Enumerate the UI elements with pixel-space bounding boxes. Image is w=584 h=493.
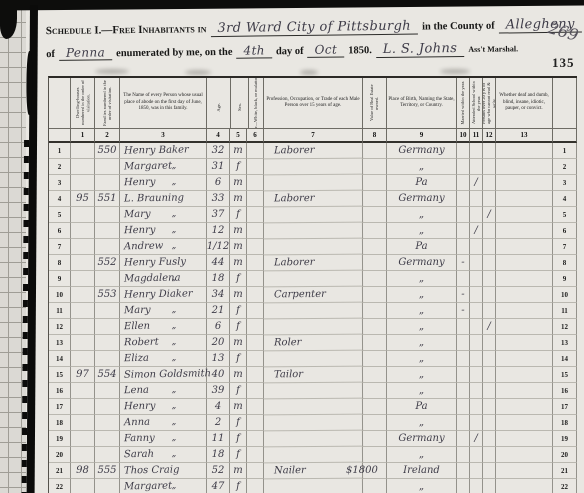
colnum-12: 12 (483, 129, 496, 143)
enumerated-label: enumerated by me, on the (116, 47, 233, 59)
header-school: Attended School within the year. (470, 78, 483, 129)
cell-married (457, 319, 470, 335)
cell-remarks (496, 447, 553, 463)
cell-remarks (496, 415, 553, 431)
row-number-right: 3 (553, 175, 577, 191)
cell-family (95, 431, 120, 447)
page-number: 135 (552, 55, 575, 71)
colnum-8: 8 (363, 129, 387, 143)
cell-remarks (496, 479, 553, 493)
cell-name: Henry Diaker (120, 287, 207, 303)
cell-married: - (457, 287, 470, 303)
name-text: Lena (124, 385, 149, 396)
name-text: Fanny (124, 433, 155, 445)
county-label: in the County of (422, 21, 495, 33)
cell-school (470, 271, 483, 287)
cell-illiterate (483, 351, 496, 367)
row-number-left: 19 (49, 431, 71, 447)
row-number-right: 11 (553, 303, 577, 319)
cell-school (470, 415, 483, 431)
name-text: Eliza (124, 353, 149, 364)
cell-remarks (496, 191, 553, 207)
cell-dwelling (71, 143, 95, 159)
cell-sex: m (230, 175, 247, 191)
cell-illiterate (483, 447, 496, 463)
cell-value (363, 415, 387, 431)
cell-sex: f (230, 447, 247, 463)
cell-illiterate (483, 383, 496, 399)
cell-illiterate (483, 479, 496, 493)
state-entry: Penna (59, 46, 112, 61)
cell-married (457, 447, 470, 463)
cell-occupation: Roler (264, 335, 363, 352)
row-number-left: 7 (49, 239, 71, 255)
row-number-left: 11 (49, 303, 71, 319)
row-number-left: 6 (49, 223, 71, 239)
cell-family (95, 271, 120, 287)
cell-age: 31 (207, 159, 230, 175)
cell-occupation (264, 239, 363, 256)
row-number-left: 9 (49, 271, 71, 287)
cell-illiterate (483, 399, 496, 415)
marshal-signature: L. S. Johns (376, 42, 465, 58)
cell-color (247, 351, 264, 367)
cell-married (457, 351, 470, 367)
cell-school (470, 303, 483, 319)
cell-birthplace: „ (387, 383, 457, 399)
cell-married (457, 367, 470, 383)
ditto-mark: „ (172, 481, 177, 491)
cell-illiterate (483, 271, 496, 287)
colnum-2: 2 (95, 129, 120, 143)
colnum-9: 9 (387, 129, 457, 143)
cell-married (457, 399, 470, 415)
cell-married (457, 143, 470, 159)
cell-dwelling (71, 351, 95, 367)
cell-married (457, 191, 470, 207)
row-number-left: 21 (49, 463, 71, 479)
cell-family (95, 383, 120, 399)
cell-remarks (496, 463, 553, 479)
cell-occupation (264, 303, 363, 320)
cell-illiterate (483, 223, 496, 239)
cell-dwelling (71, 207, 95, 223)
header-line-2: of Penna enumerated by me, on the 4th da… (46, 41, 552, 62)
cell-sex: f (230, 271, 247, 287)
cell-married (457, 239, 470, 255)
cell-family (95, 159, 120, 175)
cell-name: Magdalena„ (120, 271, 207, 287)
row-number-right: 18 (553, 415, 577, 431)
cell-name: L. Brauning (120, 191, 207, 207)
header-age: Age. (207, 78, 231, 129)
scan-smudge (185, 70, 211, 75)
cell-name: Lena„ (120, 383, 207, 399)
cell-occupation (264, 319, 363, 336)
cell-illiterate (483, 367, 496, 383)
cell-age: 12 (207, 223, 230, 239)
cell-color (247, 431, 264, 447)
header-birthplace: Place of Birth, Naming the State, Territ… (387, 78, 457, 129)
cell-remarks (496, 431, 553, 447)
cell-family: 555 (95, 463, 120, 479)
cell-value (363, 207, 387, 223)
row-number-left: 3 (49, 175, 71, 191)
cell-color (247, 271, 264, 287)
cell-illiterate (483, 239, 496, 255)
cell-sex: m (230, 335, 247, 351)
cell-sex: m (230, 239, 247, 255)
cell-sex: m (230, 287, 247, 303)
scan-smudge (95, 69, 129, 74)
cell-value: $1800 (363, 463, 387, 479)
name-text: Andrew (124, 241, 164, 253)
header-right-line-col (553, 78, 577, 129)
of-label: of (46, 49, 55, 60)
cell-family (95, 223, 120, 239)
header-real-estate: Value of Real Estate owned. (363, 78, 387, 129)
cell-color (247, 175, 264, 191)
cell-family: 553 (95, 287, 120, 303)
row-number-left: 22 (49, 479, 71, 493)
cell-school (470, 191, 483, 207)
header-married: Married within the year. (457, 78, 470, 129)
cell-age: 33 (207, 191, 230, 207)
colnum-4: 4 (207, 129, 230, 143)
cell-occupation (264, 447, 363, 464)
ditto-mark: „ (172, 177, 177, 187)
schedule-title: Schedule I.—Free Inhabitants in (46, 23, 207, 37)
cell-sex: f (230, 303, 247, 319)
cell-remarks (496, 351, 553, 367)
ditto-mark: „ (172, 433, 177, 443)
name-text: Henry (124, 177, 156, 189)
form-header: Schedule I.—Free Inhabitants in 3rd Ward… (46, 18, 552, 62)
cell-remarks (496, 175, 553, 191)
cell-birthplace: Pa (387, 175, 457, 191)
ditto-mark: „ (172, 225, 177, 235)
cell-color (247, 191, 264, 207)
cell-birthplace: „ (387, 271, 457, 287)
name-text: Anna (124, 417, 150, 428)
cell-name: Simon Goldsmith (120, 367, 207, 383)
cell-occupation: Laborer (264, 143, 363, 160)
row-number-right: 5 (553, 207, 577, 223)
cell-dwelling (71, 255, 95, 271)
row-number-right: 2 (553, 159, 577, 175)
cell-name: Margaret„ (120, 479, 207, 493)
row-number-right: 4 (553, 191, 577, 207)
cell-sex: f (230, 383, 247, 399)
cell-dwelling (71, 159, 95, 175)
year-label: 1850. (348, 45, 372, 56)
row-number-right: 9 (553, 271, 577, 287)
cell-age: 32 (207, 143, 230, 159)
cell-age: 2 (207, 415, 230, 431)
cell-school (470, 399, 483, 415)
cell-birthplace: „ (387, 479, 457, 493)
cell-school (470, 383, 483, 399)
cell-sex: m (230, 463, 247, 479)
cell-remarks (496, 271, 553, 287)
ditto-mark: „ (172, 321, 177, 331)
cell-dwelling: 95 (71, 191, 95, 207)
cell-birthplace: Germany (387, 255, 457, 271)
cell-age: 4 (207, 399, 230, 415)
cell-color (247, 159, 264, 175)
cell-remarks (496, 143, 553, 159)
name-text: Ellen (124, 321, 150, 332)
cell-dwelling (71, 447, 95, 463)
row-number-right: 8 (553, 255, 577, 271)
row-number-right: 6 (553, 223, 577, 239)
cell-birthplace: „ (387, 207, 457, 223)
cell-birthplace: Germany (387, 191, 457, 207)
cell-value (363, 335, 387, 351)
ditto-mark: „ (172, 305, 177, 315)
cell-occupation (264, 159, 363, 176)
cell-age: 13 (207, 351, 230, 367)
header-line-1: Schedule I.—Free Inhabitants in 3rd Ward… (46, 18, 552, 39)
cell-name: Margaret„ (120, 159, 207, 175)
cell-married (457, 271, 470, 287)
cell-school (470, 255, 483, 271)
cell-birthplace: „ (387, 415, 457, 431)
name-text: Margaret (124, 481, 172, 493)
cell-dwelling (71, 399, 95, 415)
colnum-blank-left (49, 129, 71, 143)
ditto-mark: „ (172, 417, 177, 427)
cell-married (457, 479, 470, 493)
name-text: Henry (124, 401, 156, 413)
cell-age: 11 (207, 431, 230, 447)
header-sex: Sex. (231, 78, 249, 129)
cell-value (363, 431, 387, 447)
cell-value (363, 399, 387, 415)
cell-birthplace: Pa (387, 239, 457, 255)
cell-illiterate (483, 335, 496, 351)
cell-age: 37 (207, 207, 230, 223)
cell-sex: f (230, 207, 247, 223)
name-text: Margaret (124, 161, 172, 173)
cell-remarks (496, 287, 553, 303)
cell-birthplace: Ireland (387, 463, 457, 479)
cell-name: Anna„ (120, 415, 207, 431)
location-entry: 3rd Ward City of Pittsburgh (210, 20, 418, 38)
cell-remarks (496, 159, 553, 175)
cell-name: Robert„ (120, 335, 207, 351)
row-number-left: 18 (49, 415, 71, 431)
cell-color (247, 303, 264, 319)
cell-age: 6 (207, 175, 230, 191)
ditto-mark: „ (172, 209, 177, 219)
cell-school (470, 335, 483, 351)
cell-school (470, 479, 483, 493)
row-number-left: 12 (49, 319, 71, 335)
cell-color (247, 287, 264, 303)
cell-married: - (457, 255, 470, 271)
cell-dwelling (71, 239, 95, 255)
cell-occupation: Tailor (264, 367, 363, 384)
cell-married (457, 175, 470, 191)
cell-remarks (496, 383, 553, 399)
cell-illiterate (483, 143, 496, 159)
cell-color (247, 319, 264, 335)
value-text: $1800 (346, 465, 378, 476)
cell-occupation (264, 415, 363, 432)
cell-occupation (264, 399, 363, 416)
cell-family (95, 415, 120, 431)
cell-age: 1/12 (207, 239, 230, 255)
cell-value (363, 287, 387, 303)
row-number-left: 17 (49, 399, 71, 415)
cell-color (247, 447, 264, 463)
row-number-right: 19 (553, 431, 577, 447)
name-text: Mary (124, 209, 151, 220)
cell-family: 552 (95, 255, 120, 271)
cell-occupation (264, 351, 363, 368)
cell-name: Ellen„ (120, 319, 207, 335)
marshal-label: Ass't Marshal. (468, 44, 518, 54)
cell-birthplace: „ (387, 223, 457, 239)
cell-remarks (496, 319, 553, 335)
cell-remarks (496, 367, 553, 383)
colnum-blank-right (553, 129, 577, 143)
cell-birthplace: „ (387, 319, 457, 335)
colnum-3: 3 (120, 129, 207, 143)
cell-color (247, 367, 264, 383)
ditto-mark: „ (172, 337, 177, 347)
row-number-right: 7 (553, 239, 577, 255)
cell-value (363, 271, 387, 287)
cell-birthplace: „ (387, 351, 457, 367)
cell-illiterate: / (483, 207, 496, 223)
cell-illiterate (483, 255, 496, 271)
cell-value (363, 447, 387, 463)
cell-remarks (496, 399, 553, 415)
cell-sex: m (230, 367, 247, 383)
cell-dwelling (71, 383, 95, 399)
colnum-1: 1 (71, 129, 95, 143)
cell-occupation: Laborer (264, 255, 363, 272)
cell-name: Andrew„ (120, 239, 207, 255)
cell-birthplace: „ (387, 303, 457, 319)
colnum-10: 10 (457, 129, 470, 143)
scan-smudge (440, 69, 470, 74)
cell-color (247, 239, 264, 255)
cell-family: 550 (95, 143, 120, 159)
cell-birthplace: „ (387, 335, 457, 351)
cell-birthplace: „ (387, 367, 457, 383)
cell-illiterate (483, 303, 496, 319)
name-text: Henry Fusly (124, 256, 186, 268)
census-page-scan: Schedule I.—Free Inhabitants in 3rd Ward… (0, 0, 584, 493)
cell-dwelling (71, 271, 95, 287)
cell-married (457, 383, 470, 399)
day-entry: 4th (236, 44, 272, 58)
cell-occupation: Laborer (264, 191, 363, 208)
ditto-mark: „ (172, 401, 177, 411)
cell-sex: f (230, 319, 247, 335)
ditto-mark: „ (172, 385, 177, 395)
scan-smudge (300, 70, 318, 75)
cell-occupation: Carpenter (264, 287, 363, 304)
cell-name: Sarah„ (120, 447, 207, 463)
cell-family: 551 (95, 191, 120, 207)
cell-value (363, 159, 387, 175)
header-remarks: Whether deaf and dumb, blind, insane, id… (496, 78, 553, 129)
cell-color (247, 255, 264, 271)
cell-dwelling (71, 335, 95, 351)
colnum-5: 5 (230, 129, 247, 143)
cell-remarks (496, 223, 553, 239)
cell-illiterate (483, 415, 496, 431)
header-left-line-col (49, 78, 71, 129)
cell-name: Eliza„ (120, 351, 207, 367)
row-number-left: 8 (49, 255, 71, 271)
cell-school (470, 207, 483, 223)
cell-value (363, 351, 387, 367)
cell-occupation (264, 383, 363, 400)
cell-occupation (264, 431, 363, 448)
cell-sex: m (230, 399, 247, 415)
scan-top-bar (0, 0, 584, 11)
row-number-left: 2 (49, 159, 71, 175)
cell-sex: f (230, 431, 247, 447)
cell-illiterate (483, 159, 496, 175)
cell-school: / (470, 431, 483, 447)
cell-value (363, 479, 387, 493)
cell-value (363, 175, 387, 191)
cell-name: Henry„ (120, 175, 207, 191)
cell-school (470, 159, 483, 175)
row-number-right: 16 (553, 383, 577, 399)
name-text: Henry Diaker (124, 288, 193, 300)
row-number-left: 5 (49, 207, 71, 223)
cell-age: 44 (207, 255, 230, 271)
header-dwelling: Dwelling-houses numbered in the order of… (71, 78, 95, 129)
cell-remarks (496, 255, 553, 271)
cell-sex: m (230, 191, 247, 207)
cell-color (247, 463, 264, 479)
cell-name: Henry Baker (120, 143, 207, 159)
ditto-mark: „ (172, 449, 177, 459)
cell-married (457, 431, 470, 447)
cell-married: - (457, 303, 470, 319)
row-number-left: 4 (49, 191, 71, 207)
header-occupation: Profession, Occupation, or Trade of each… (264, 78, 363, 129)
cell-color (247, 415, 264, 431)
cell-color (247, 383, 264, 399)
cell-dwelling: 98 (71, 463, 95, 479)
cell-value (363, 319, 387, 335)
cell-dwelling (71, 287, 95, 303)
cell-school (470, 287, 483, 303)
cell-remarks (496, 207, 553, 223)
cell-birthplace: „ (387, 447, 457, 463)
cell-illiterate (483, 463, 496, 479)
cell-dwelling: 97 (71, 367, 95, 383)
cell-school: / (470, 175, 483, 191)
cell-color (247, 223, 264, 239)
name-text: Robert (124, 337, 159, 349)
name-text: Henry Baker (124, 144, 189, 156)
header-color: Color—White, black, or mulatto. (249, 78, 263, 129)
colnum-11: 11 (470, 129, 483, 143)
cell-sex: f (230, 159, 247, 175)
row-number-right: 17 (553, 399, 577, 415)
name-text: Simon Goldsmith (124, 368, 211, 381)
